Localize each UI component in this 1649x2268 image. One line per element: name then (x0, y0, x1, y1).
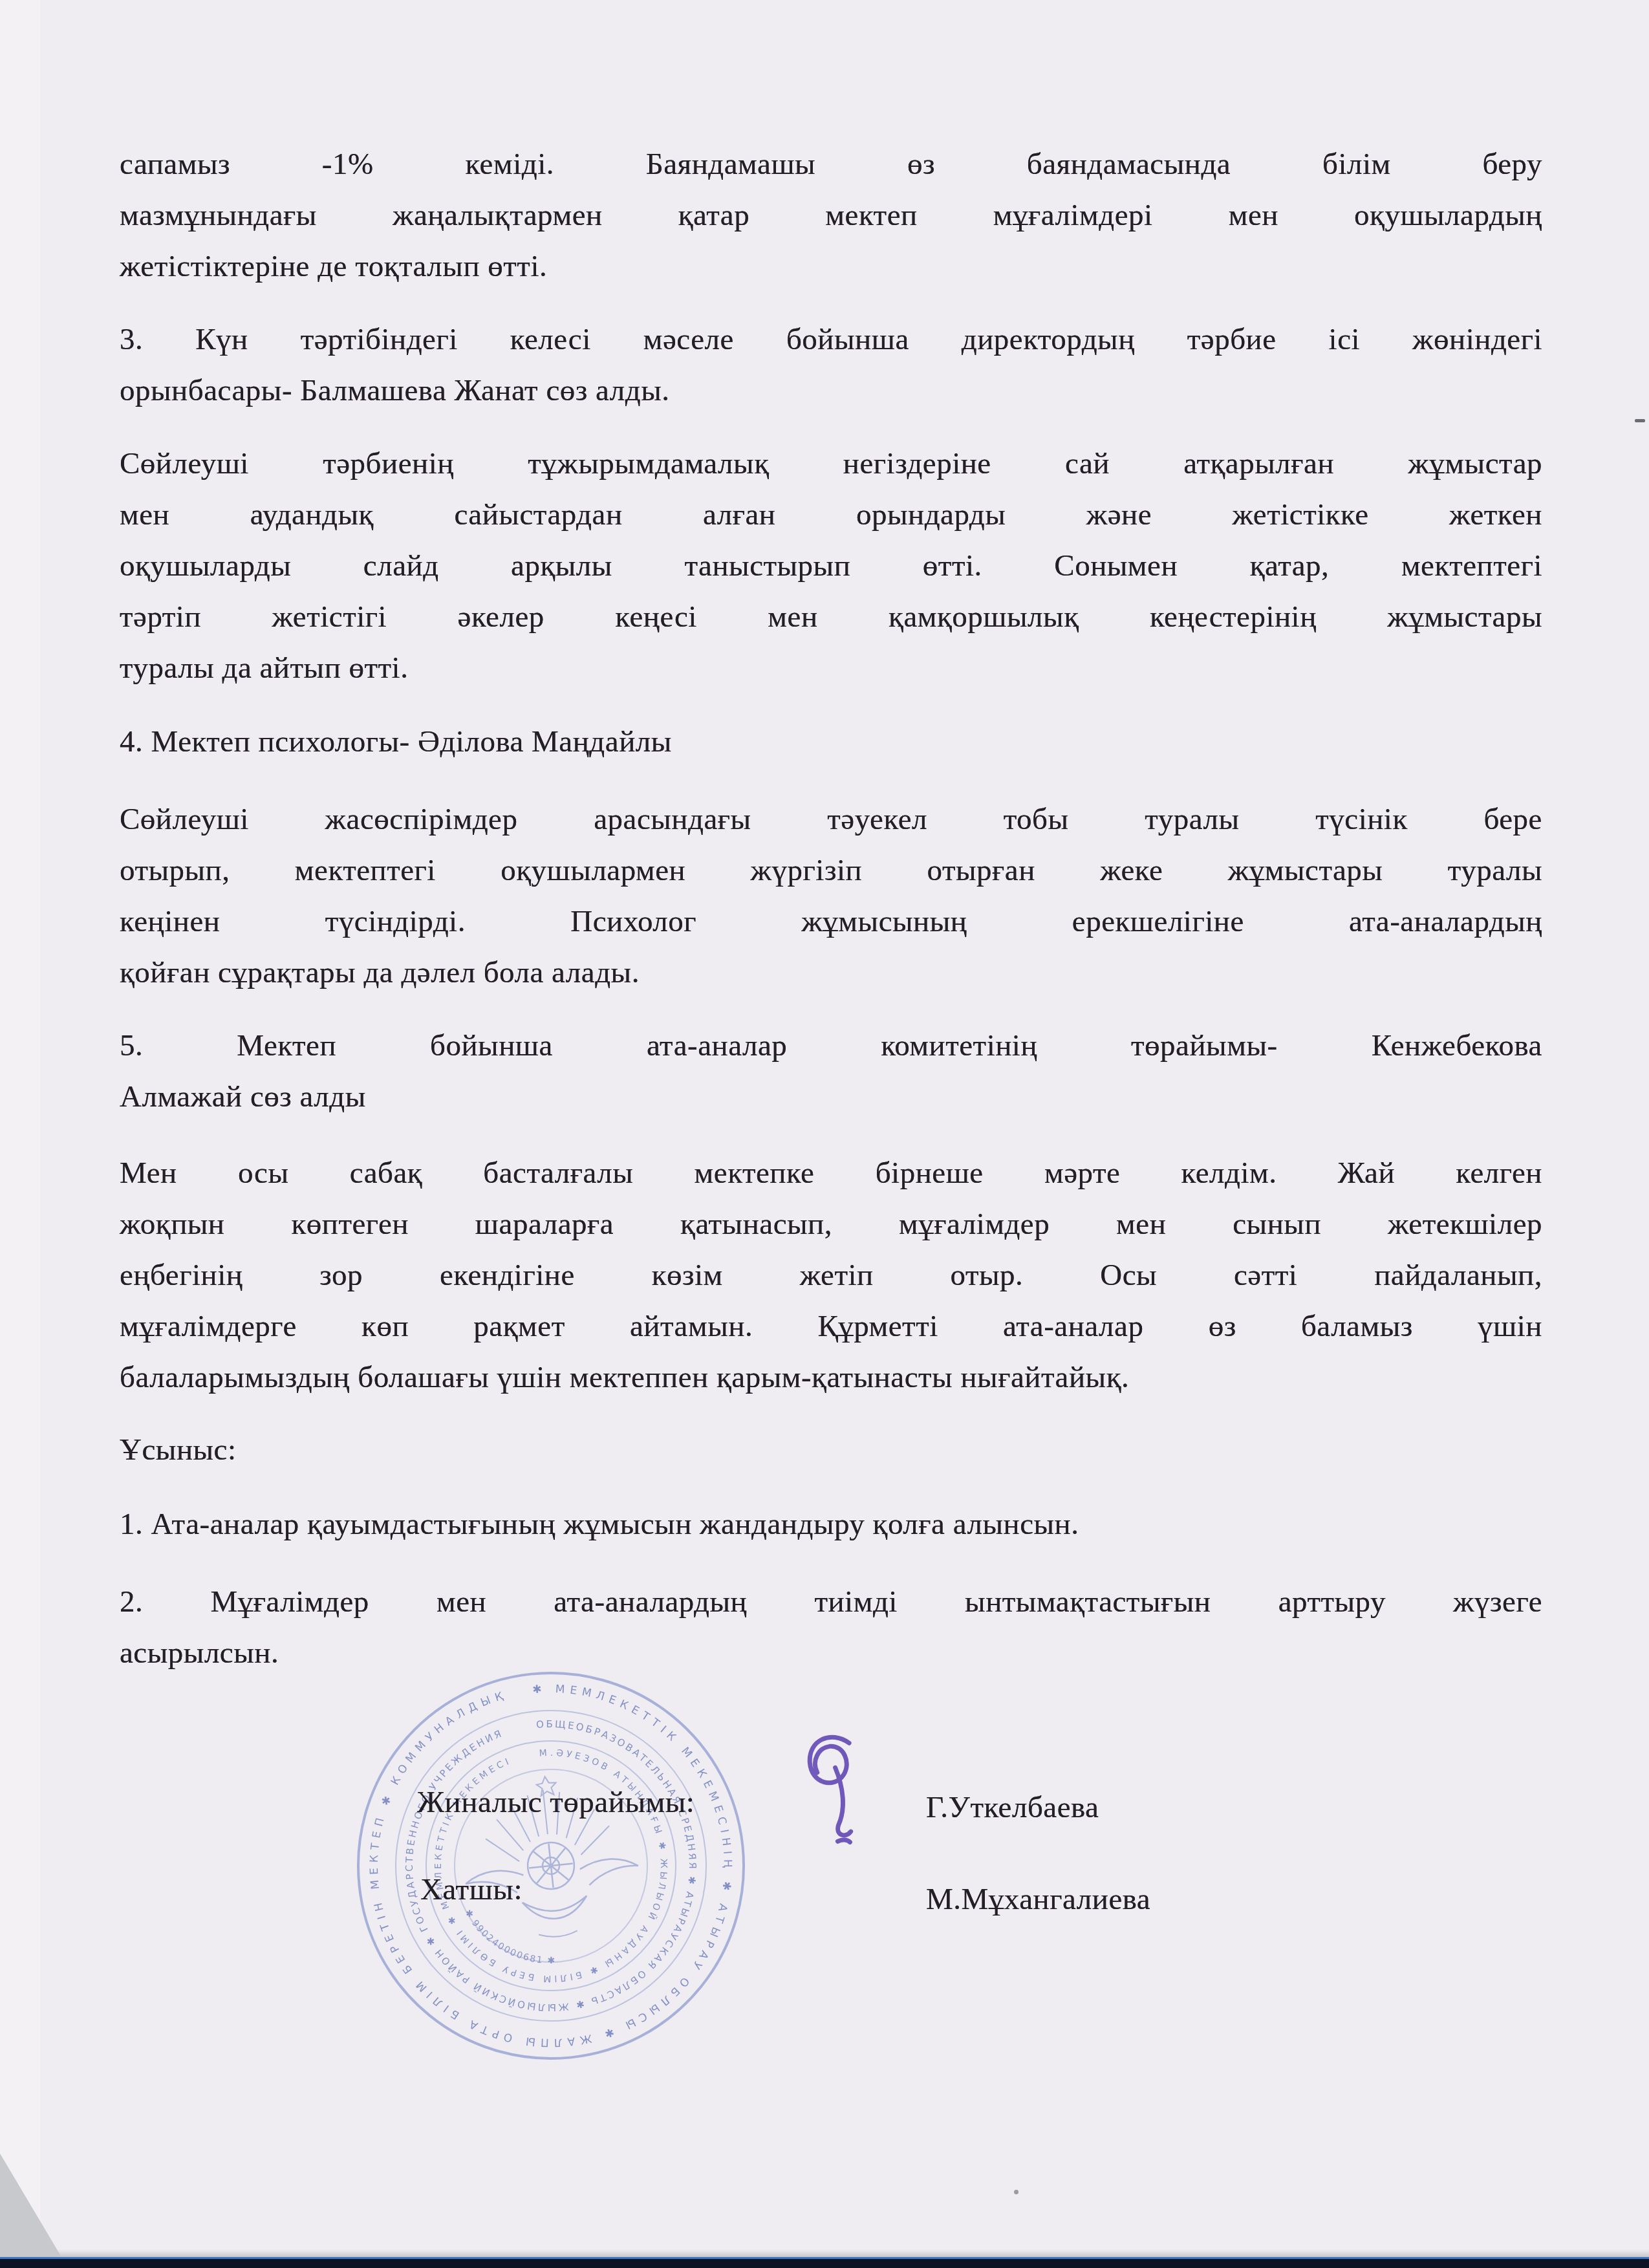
text-line: Алмажай сөз алды (120, 1072, 1542, 1123)
document-page: сапамыз -1% кеміді. Баяндамашы өз баянда… (0, 0, 1649, 2268)
text-line: орынбасары- Балмашева Жанат сөз алды. (120, 365, 1542, 416)
text-line: 5. Мектеп бойынша ата-аналар комитетінің… (120, 1021, 1542, 1072)
proposal-item-2: 2. Мұғалімдер мен ата-аналардың тиімді ы… (120, 1577, 1542, 1679)
text-line: Мен осы сабақ басталғалы мектепке бірнеш… (120, 1148, 1542, 1199)
text-line: мұғалімдерге көп рақмет айтамын. Құрметт… (120, 1301, 1542, 1352)
text-line: еңбегінің зор екендігіне көзім жетіп оты… (120, 1250, 1542, 1301)
text-line: 4. Мектеп психологы- Әділова Маңдайлы (120, 717, 1542, 768)
proposal-item-1: 1. Ата-аналар қауымдастығының жұмысын жа… (120, 1499, 1542, 1550)
handwritten-signature (750, 1730, 886, 1853)
paper-bottom-shadow (0, 2249, 1649, 2257)
scanner-bed-corner (0, 2154, 61, 2257)
text-line: жетістіктеріне де тоқталып өтті. (120, 241, 1542, 292)
paragraph-agenda-item-3: 3. Күн тәртібіндегі келесі мәселе бойынш… (120, 314, 1542, 416)
ink-speck (1014, 2190, 1018, 2194)
text-line: 2. Мұғалімдер мен ата-аналардың тиімді ы… (120, 1577, 1542, 1628)
edge-mark (1635, 419, 1645, 422)
secretary-name: М.Мұхангалиева (926, 1874, 1150, 1925)
text-line: кеңінен түсіндірді. Психолог жұмысының е… (120, 896, 1542, 947)
paragraph-agenda-item-4: 4. Мектеп психологы- Әділова Маңдайлы (120, 717, 1542, 768)
paragraph-agenda-item-5: 5. Мектеп бойынша ата-аналар комитетінің… (120, 1021, 1542, 1123)
official-stamp: ✱ МЕМЛЕКЕТТІК МЕКЕМЕСІНІҢ ✱ АТЫРАУ ОБЛЫС… (333, 1648, 770, 2084)
scan-bottom-band (0, 2257, 1649, 2268)
text-line: асырылсын. (120, 1628, 1542, 1679)
text-line: 1. Ата-аналар қауымдастығының жұмысын жа… (120, 1499, 1542, 1550)
paragraph: сапамыз -1% кеміді. Баяндамашы өз баянда… (120, 139, 1542, 292)
text-line: Сөйлеуші тәрбиенің тұжырымдамалық негізд… (120, 438, 1542, 490)
text-line: сапамыз -1% кеміді. Баяндамашы өз баянда… (120, 139, 1542, 190)
paragraph: Сөйлеуші тәрбиенің тұжырымдамалық негізд… (120, 438, 1542, 694)
text-line: оқушыларды слайд арқылы таныстырып өтті.… (120, 541, 1542, 592)
text-line: отырып, мектептегі оқушылармен жүргізіп … (120, 845, 1542, 896)
paragraph: Сөйлеуші жасөспірімдер арасындағы тәуеке… (120, 794, 1542, 999)
text-line: 3. Күн тәртібіндегі келесі мәселе бойынш… (120, 314, 1542, 365)
proposal-heading: Ұсыныс: (120, 1425, 1542, 1476)
text-line: мен аудандық сайыстардан алған орындарды… (120, 490, 1542, 541)
text-line: жоқпын көптеген шараларға қатынасып, мұғ… (120, 1199, 1542, 1250)
text-line: мазмұнындағы жаңалықтармен қатар мектеп … (120, 190, 1542, 241)
chair-name: Г.Уткелбаева (926, 1782, 1099, 1833)
paragraph: Мен осы сабақ басталғалы мектепке бірнеш… (120, 1148, 1542, 1403)
text-line: балаларымыздың болашағы үшін мектеппен қ… (120, 1352, 1542, 1403)
text-line: Ұсыныс: (120, 1425, 1542, 1476)
text-line: туралы да айтып өтті. (120, 643, 1542, 694)
text-line: тәртіп жетістігі әкелер кеңесі мен қамқо… (120, 592, 1542, 643)
text-line: қойған сұрақтары да дәлел бола алады. (120, 947, 1542, 999)
text-line: Сөйлеуші жасөспірімдер арасындағы тәуеке… (120, 794, 1542, 845)
